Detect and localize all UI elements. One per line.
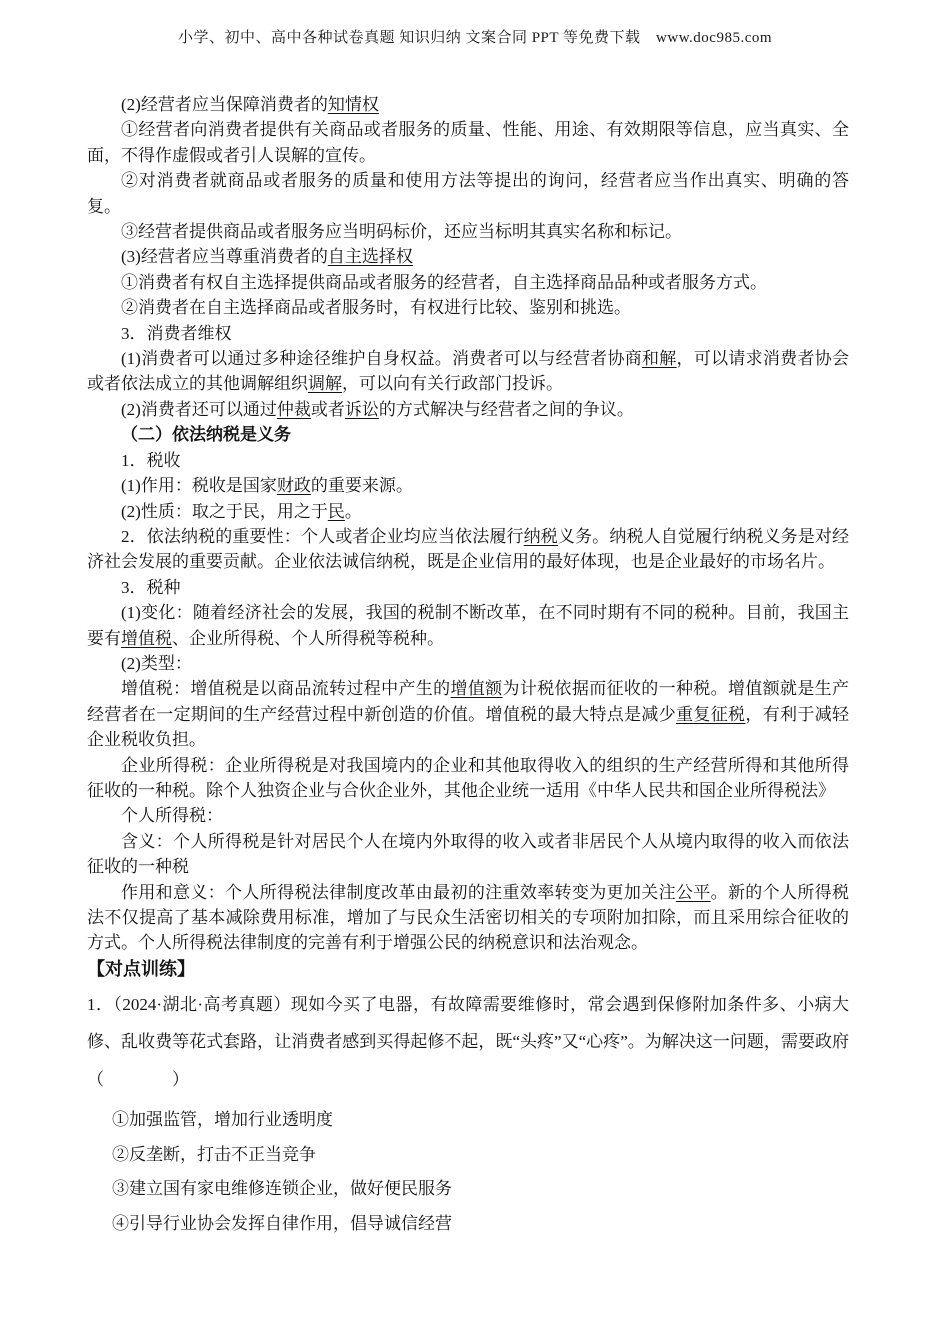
document-body: (2)经营者应当保障消费者的知情权①经营者向消费者提供有关商品或者服务的质量、性… — [87, 92, 849, 1236]
paragraph: 增值税：增值税是以商品流转过程中产生的增值额为计税依据而征收的一种税。增值额就是… — [87, 676, 849, 752]
text-run: 个人所得税： — [121, 806, 223, 825]
text-run: 的方式解决与经营者之间的争议。 — [379, 400, 634, 419]
answer-option: ③建立国有家电维修连锁企业，做好便民服务 — [87, 1176, 849, 1201]
paragraph: (2)类型： — [87, 651, 849, 676]
underlined-key-term: 增值税 — [121, 629, 172, 648]
text-run: 3．消费者维权 — [121, 324, 232, 343]
answer-option: ④引导行业协会发挥自律作用，倡导诚信经营 — [87, 1211, 849, 1236]
text-run: 含义：个人所得税是针对居民个人在境内外取得的收入或者非居民个人从境内取得的收入而… — [87, 832, 849, 876]
text-run: ①加强监管，增加行业透明度 — [112, 1110, 333, 1129]
section-heading: 【对点训练】 — [87, 956, 849, 983]
text-run: ②反垄断，打击不正当竞争 — [112, 1145, 316, 1164]
paragraph: 个人所得税： — [87, 803, 849, 828]
paragraph: ①经营者向消费者提供有关商品或者服务的质量、性能、用途、有效期限等信息，应当真实… — [87, 117, 849, 168]
text-run: ，可以向有关行政部门投诉。 — [342, 374, 563, 393]
underlined-key-term: 和解 — [642, 349, 677, 368]
underlined-key-term: 重复征税 — [676, 705, 745, 724]
paragraph: (2)性质：取之于民，用之于民。 — [87, 499, 849, 524]
answer-option: ①加强监管，增加行业透明度 — [87, 1107, 849, 1132]
paragraph: 3．税种 — [87, 575, 849, 600]
page: { "page": { "background": "#ffffff", "te… — [0, 0, 950, 1344]
paragraph: 1．税收 — [87, 448, 849, 473]
text-run: 或者 — [311, 400, 345, 419]
text-run: ③建立国有家电维修连锁企业，做好便民服务 — [112, 1179, 452, 1198]
paragraph: 含义：个人所得税是针对居民个人在境内外取得的收入或者非居民个人从境内取得的收入而… — [87, 829, 849, 880]
underlined-key-term: 自主选择权 — [328, 247, 413, 266]
text-run: 1．（2024·湖北·高考真题）现如今买了电器，有故障需要维修时，常会遇到保修附… — [87, 995, 849, 1089]
text-run: (2)性质：取之于民，用之于 — [121, 502, 328, 521]
text-run: (2)经营者应当保障消费者的 — [121, 95, 328, 114]
text-run: ①消费者有权自主选择提供商品或者服务的经营者，自主选择商品品种或者服务方式。 — [121, 273, 767, 292]
text-run: (1)消费者可以通过多种途径维护自身权益。消费者可以与经营者协商 — [121, 349, 642, 368]
underlined-key-term: 公平 — [676, 883, 711, 902]
text-run: (3)经营者应当尊重消费者的 — [121, 247, 328, 266]
text-run: (2)消费者还可以通过 — [121, 400, 277, 419]
text-run: ④引导行业协会发挥自律作用，倡导诚信经营 — [112, 1214, 452, 1233]
text-run: 2．依法纳税的重要性：个人或者企业均应当依法履行 — [121, 527, 524, 546]
underlined-key-term: 诉讼 — [345, 400, 379, 419]
paragraph: ③经营者提供商品或者服务应当明码标价，还应当标明其真实名称和标记。 — [87, 219, 849, 244]
underlined-key-term: 调解 — [308, 374, 342, 393]
text-run: (1)作用：税收是国家 — [121, 476, 277, 495]
text-run: 3．税种 — [121, 578, 181, 597]
text-run: （二）依法纳税是义务 — [121, 425, 291, 444]
text-run: 1．税收 — [121, 451, 181, 470]
paragraph: (1)作用：税收是国家财政的重要来源。 — [87, 473, 849, 498]
paragraph: (2)经营者应当保障消费者的知情权 — [87, 92, 849, 117]
text-run: 的重要来源。 — [311, 476, 413, 495]
paragraph: (3)经营者应当尊重消费者的自主选择权 — [87, 244, 849, 269]
paragraph: 企业所得税：企业所得税是对我国境内的企业和其他取得收入的组织的生产经营所得和其他… — [87, 753, 849, 804]
text-run: 增值税：增值税是以商品流转过程中产生的 — [121, 679, 451, 698]
paragraph: 作用和意义：个人所得税法律制度改革由最初的注重效率转变为更加关注公平。新的个人所… — [87, 880, 849, 956]
text-run: 【对点训练】 — [87, 959, 195, 979]
text-run: ②对消费者就商品或者服务的质量和使用方法等提出的询问，经营者应当作出真实、明确的… — [87, 171, 849, 215]
underlined-key-term: 知情权 — [328, 95, 379, 114]
text-run: ③经营者提供商品或者服务应当明码标价，还应当标明其真实名称和标记。 — [121, 222, 682, 241]
underlined-key-term: 仲裁 — [277, 400, 311, 419]
paragraph: (2)消费者还可以通过仲裁或者诉讼的方式解决与经营者之间的争议。 — [87, 397, 849, 422]
underlined-key-term: 增值额 — [451, 679, 503, 698]
paragraph: ②消费者在自主选择商品或者服务时，有权进行比较、鉴别和挑选。 — [87, 295, 849, 320]
answer-option: ②反垄断，打击不正当竞争 — [87, 1142, 849, 1167]
text-run: ②消费者在自主选择商品或者服务时，有权进行比较、鉴别和挑选。 — [121, 298, 631, 317]
text-run: 企业所得税：企业所得税是对我国境内的企业和其他取得收入的组织的生产经营所得和其他… — [87, 756, 849, 800]
paragraph: (1)消费者可以通过多种途径维护自身权益。消费者可以与经营者协商和解，可以请求消… — [87, 346, 849, 397]
text-run: 。 — [345, 502, 362, 521]
underlined-key-term: 纳税 — [524, 527, 558, 546]
section-heading: （二）依法纳税是义务 — [87, 422, 849, 447]
paragraph: (1)变化：随着经济社会的发展，我国的税制不断改革，在不同时期有不同的税种。目前… — [87, 600, 849, 651]
underlined-key-term: 财政 — [277, 476, 311, 495]
paragraph: ②对消费者就商品或者服务的质量和使用方法等提出的询问，经营者应当作出真实、明确的… — [87, 168, 849, 219]
text-run: 、企业所得税、个人所得税等税种。 — [172, 629, 444, 648]
question-text: 1．（2024·湖北·高考真题）现如今买了电器，有故障需要维修时，常会遇到保修附… — [87, 986, 849, 1099]
paragraph: ①消费者有权自主选择提供商品或者服务的经营者，自主选择商品品种或者服务方式。 — [87, 270, 849, 295]
paragraph: 3．消费者维权 — [87, 321, 849, 346]
paragraph: 2．依法纳税的重要性：个人或者企业均应当依法履行纳税义务。纳税人自觉履行纳税义务… — [87, 524, 849, 575]
text-run: ①经营者向消费者提供有关商品或者服务的质量、性能、用途、有效期限等信息，应当真实… — [87, 120, 849, 164]
text-run: 作用和意义：个人所得税法律制度改革由最初的注重效率转变为更加关注 — [121, 883, 676, 902]
promo-header-text: 小学、初中、高中各种试卷真题 知识归纳 文案合同 PPT 等免费下载 www.d… — [0, 26, 950, 47]
underlined-key-term: 民 — [328, 502, 345, 521]
text-run: (2)类型： — [121, 654, 192, 673]
